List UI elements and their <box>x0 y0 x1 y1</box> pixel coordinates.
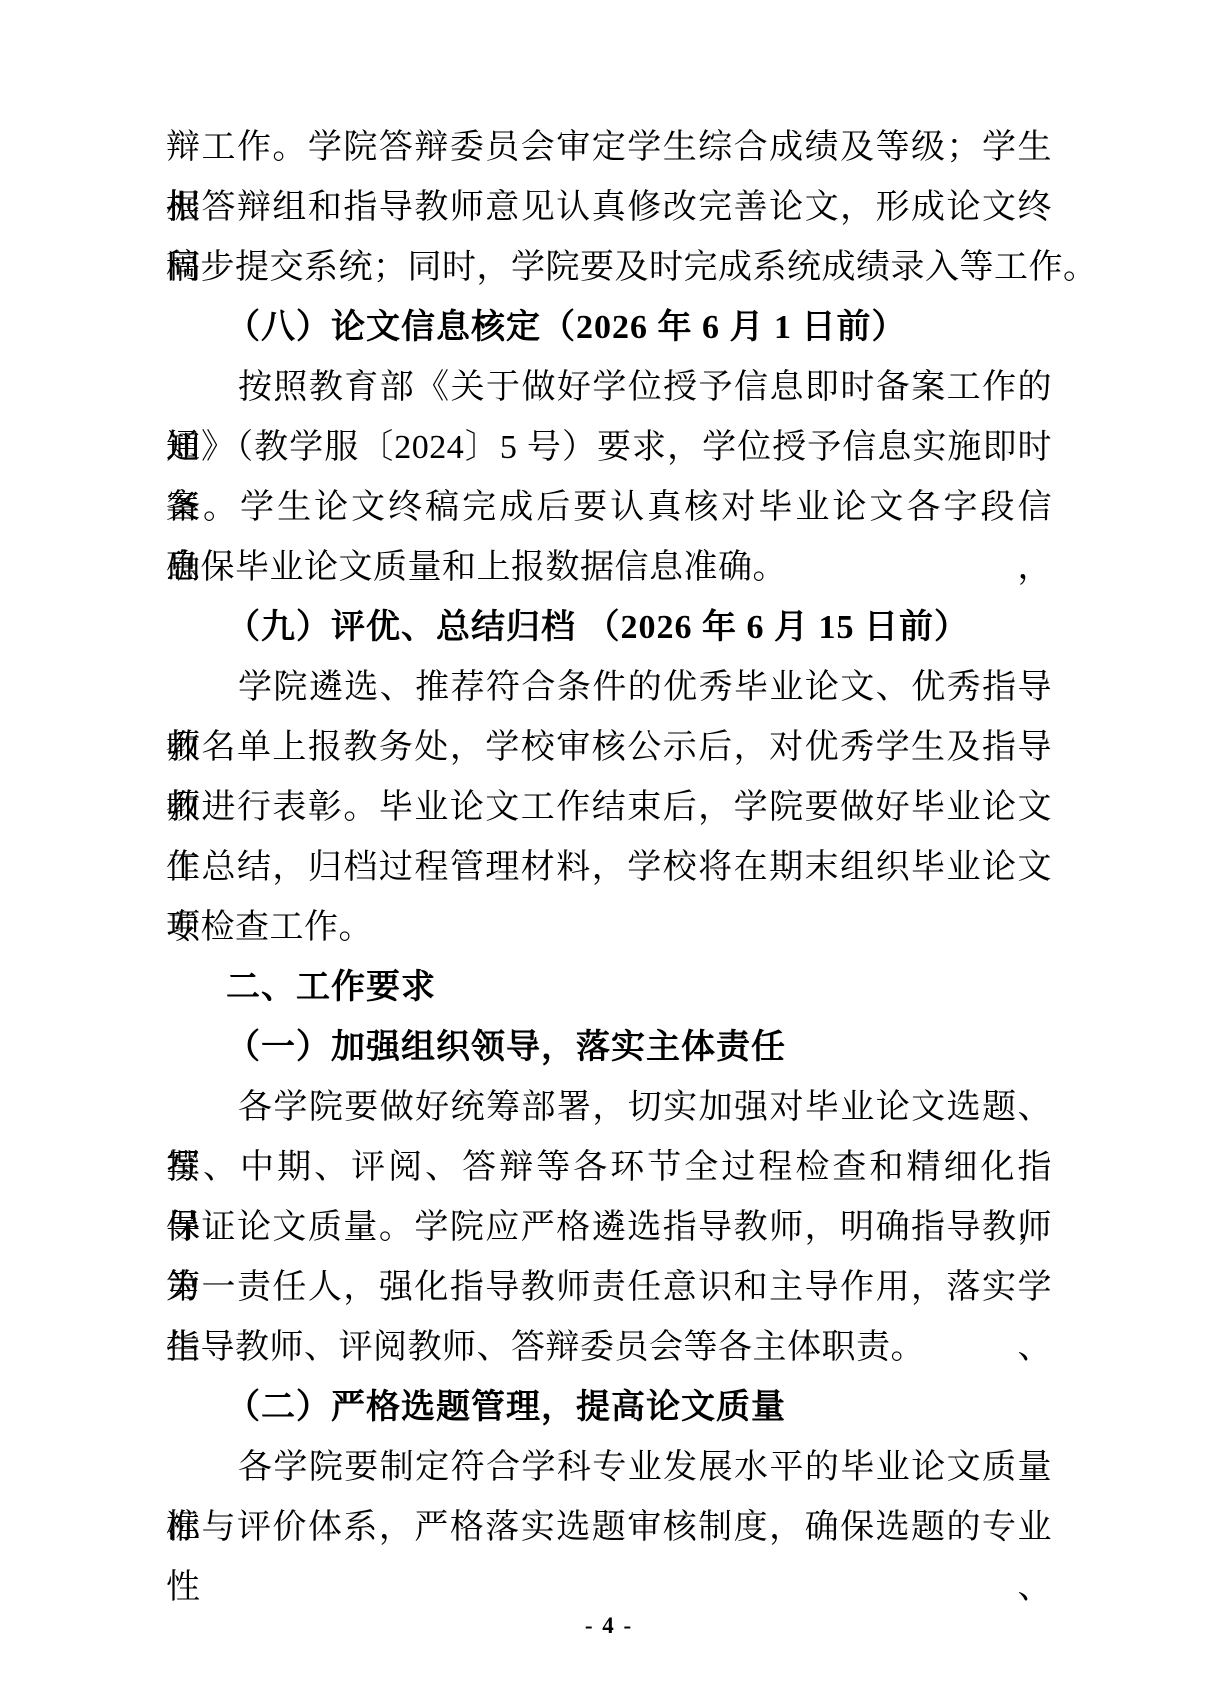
body-text-line: 按照教育部《关于做好学位授予信息即时备案工作的通 <box>166 358 1052 418</box>
body-text-line: 第一责任人，强化指导教师责任意识和主导作用，落实学生、 <box>166 1258 1052 1318</box>
page-number: - 4 - <box>585 1613 633 1638</box>
body-text-line: 师进行表彰。毕业论文工作结束后，学院要做好毕业论文工 <box>166 778 1052 838</box>
heading-line: （二）严格选题管理，提高论文质量 <box>166 1378 1052 1438</box>
heading-line: （九）评优、总结归档 （2026 年 6 月 15 日前） <box>166 598 1052 658</box>
body-text-line: 知》（教学服〔2024〕5 号）要求，学位授予信息实施即时备 <box>166 418 1052 478</box>
page-footer: - 4 - <box>0 1600 1218 1652</box>
body-text-line: 案。学生论文终稿完成后要认真核对毕业论文各字段信息， <box>166 478 1052 538</box>
heading-line: 二、工作要求 <box>166 958 1052 1018</box>
body-text-line: 同步提交系统；同时，学院要及时完成系统成绩录入等工作。 <box>166 238 1052 298</box>
heading-line: （一）加强组织领导，落实主体责任 <box>166 1018 1052 1078</box>
body-text-line: 师名单上报教务处，学校审核公示后，对优秀学生及指导教 <box>166 718 1052 778</box>
body-text-line: 准与评价体系，严格落实选题审核制度，确保选题的专业性、 <box>166 1498 1052 1558</box>
document-page: 辩工作。学院答辩委员会审定学生综合成绩及等级；学生根据答辩组和指导教师意见认真修… <box>0 0 1218 1703</box>
body-text-line: 作总结，归档过程管理材料，学校将在期末组织毕业论文专 <box>166 838 1052 898</box>
body-text-line: 项检查工作。 <box>166 898 1052 958</box>
body-text-line: 辩工作。学院答辩委员会审定学生综合成绩及等级；学生根 <box>166 118 1052 178</box>
body-text-line: 保证论文质量。学院应严格遴选指导教师，明确指导教师为 <box>166 1198 1052 1258</box>
body-text-line: 各学院要制定符合学科专业发展水平的毕业论文质量标 <box>166 1438 1052 1498</box>
body-text-line: 写、中期、评阅、答辩等各环节全过程检查和精细化指导， <box>166 1138 1052 1198</box>
body-text-line: 据答辩组和指导教师意见认真修改完善论文，形成论文终稿 <box>166 178 1052 238</box>
body-text-line: 学院遴选、推荐符合条件的优秀毕业论文、优秀指导教 <box>166 658 1052 718</box>
body-text-line: 指导教师、评阅教师、答辩委员会等各主体职责。 <box>166 1318 1052 1378</box>
heading-line: （八）论文信息核定（2026 年 6 月 1 日前） <box>166 298 1052 358</box>
document-body: 辩工作。学院答辩委员会审定学生综合成绩及等级；学生根据答辩组和指导教师意见认真修… <box>166 118 1052 1558</box>
body-text-line: 各学院要做好统筹部署，切实加强对毕业论文选题、撰 <box>166 1078 1052 1138</box>
